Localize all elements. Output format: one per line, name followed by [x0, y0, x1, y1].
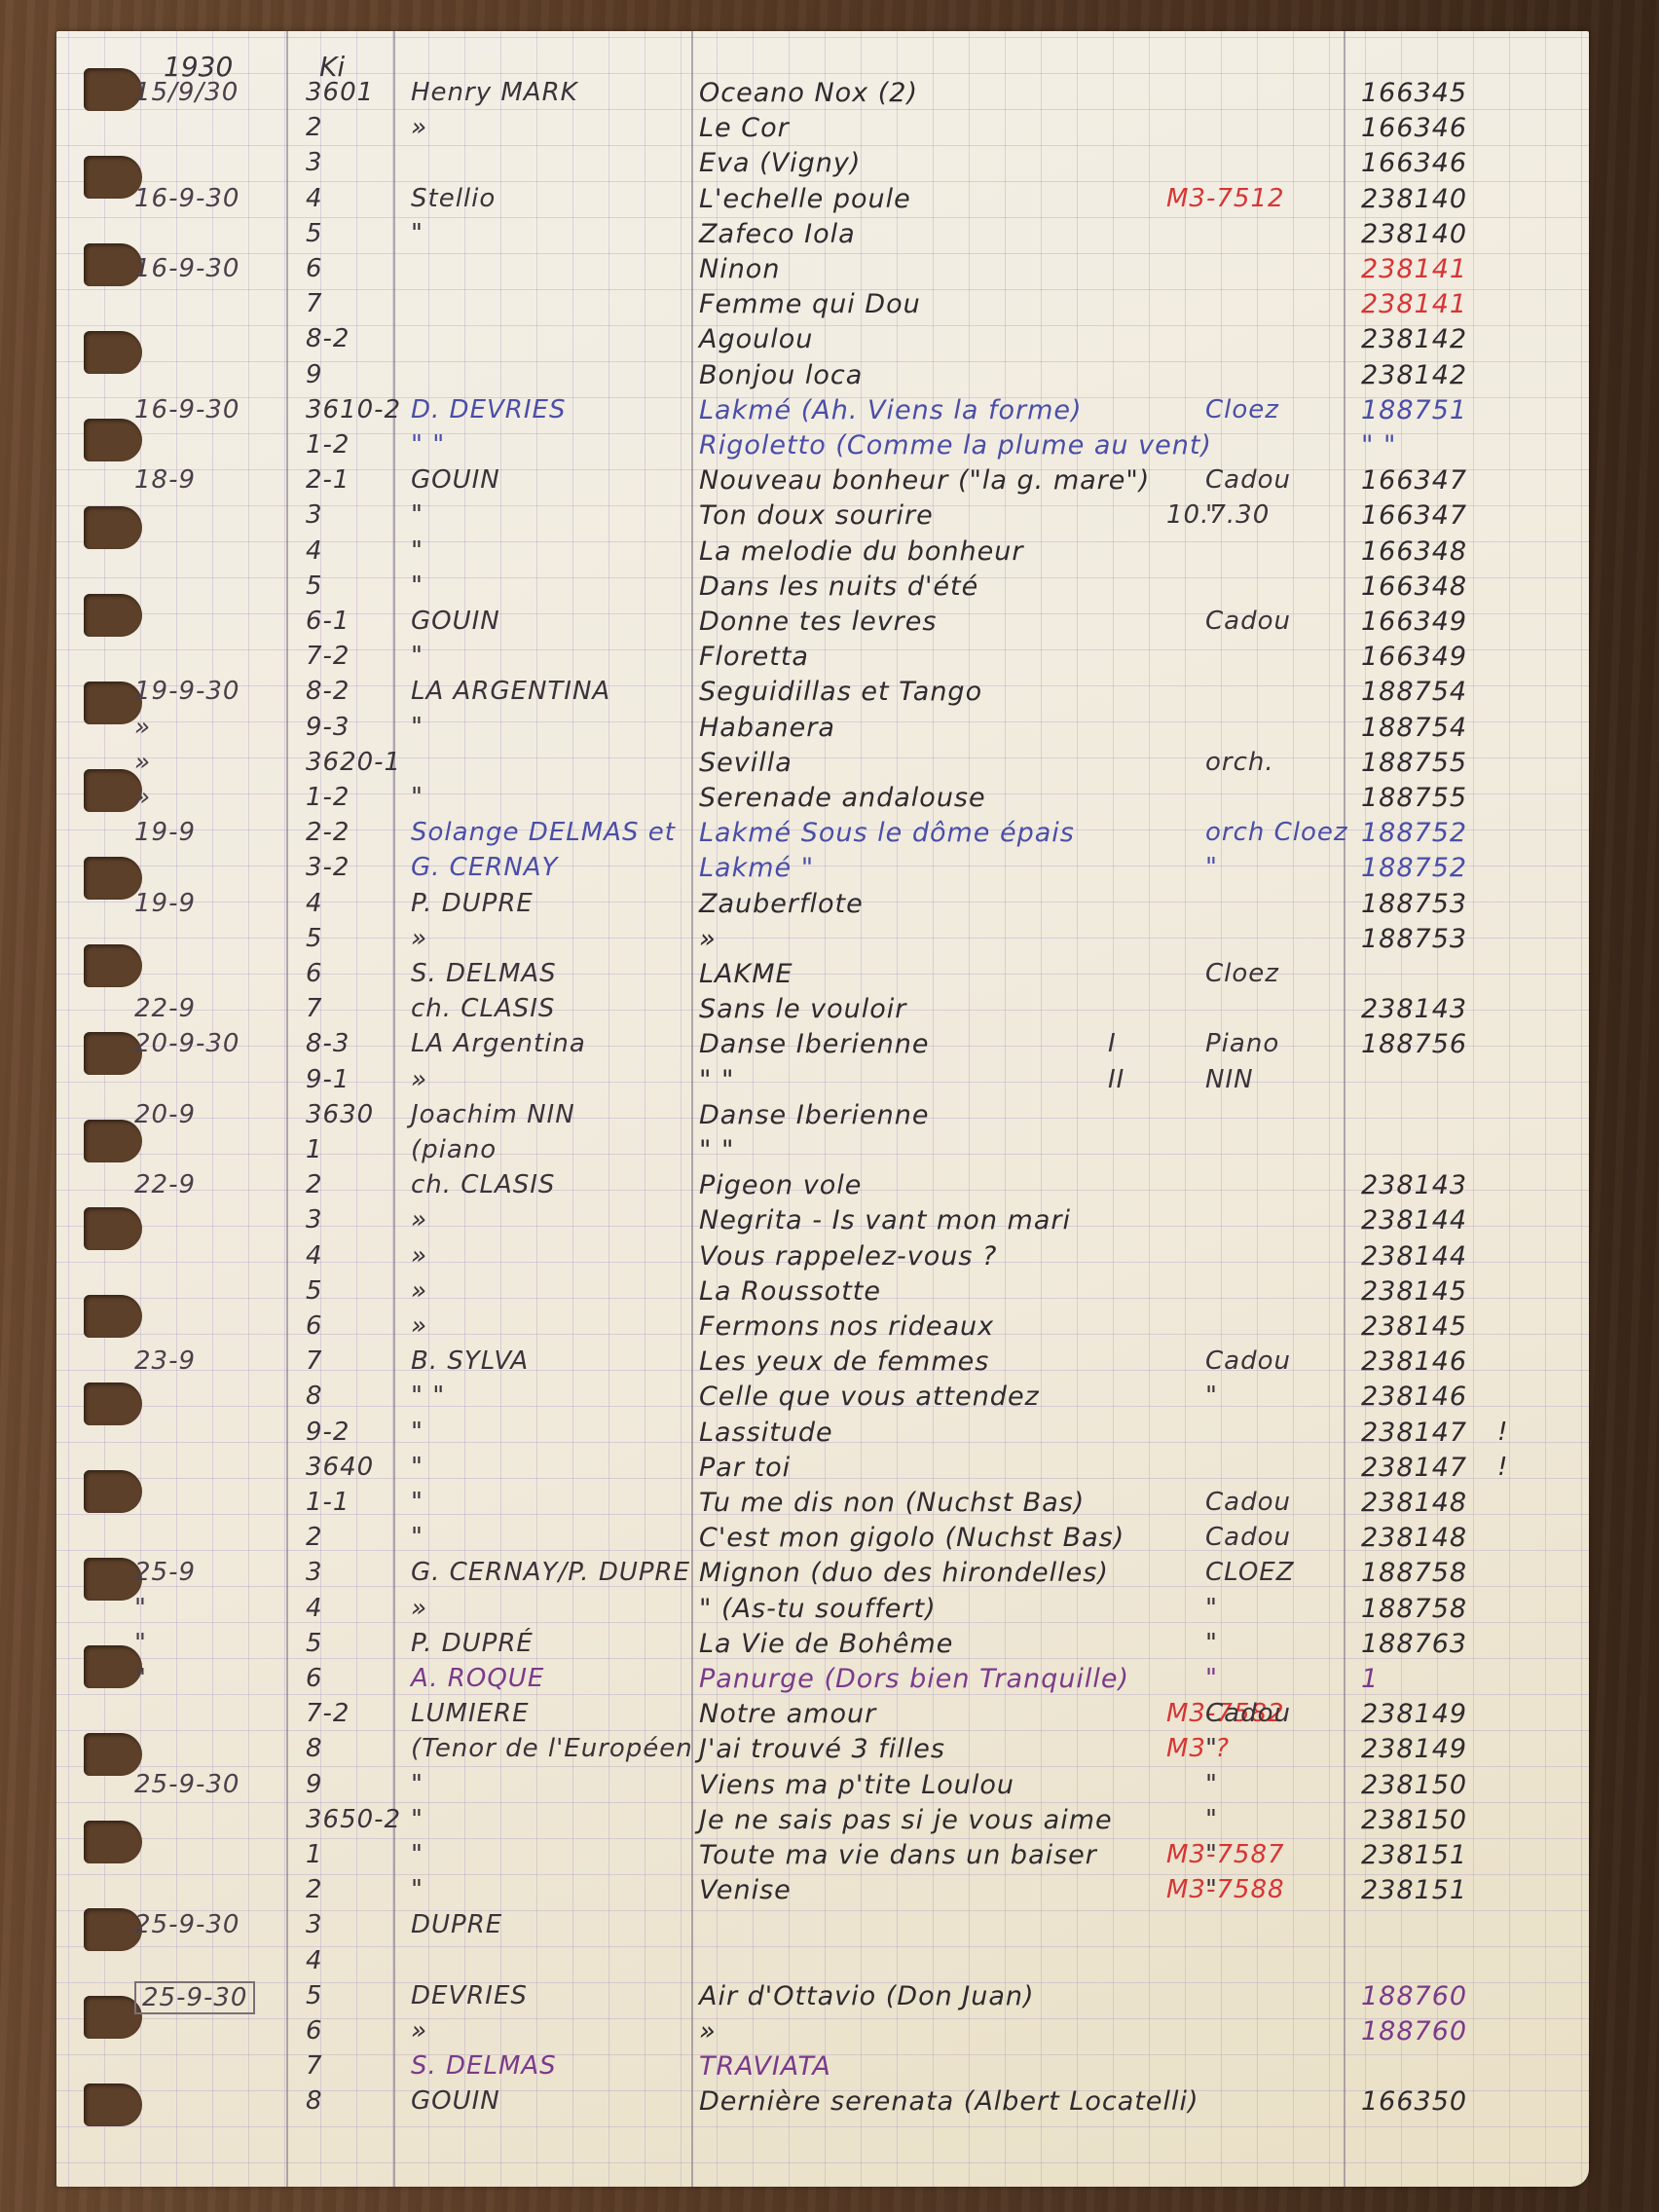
recording-date: ": [134, 1664, 147, 1693]
matrix-number: 9-2: [306, 1418, 350, 1447]
ledger-row: 8(Tenor de l'EuropéenJ'ai trouvé 3 fille…: [56, 1734, 1589, 1766]
ledger-row: 25-9-305DEVRIESAir d'Ottavio (Don Juan)1…: [56, 1981, 1589, 2013]
recording-date: »: [134, 783, 151, 812]
artist-name: " ": [411, 430, 445, 460]
song-title: Rigoletto (Comme la plume au vent): [699, 430, 1212, 461]
matrix-number: 7-2: [306, 1699, 350, 1728]
song-title: Par toi: [699, 1453, 791, 1483]
matrix-number: 4: [306, 1241, 323, 1271]
matrix-number: 1: [306, 1840, 323, 1869]
matrix-number: 3: [306, 148, 323, 177]
orchestra: orch.: [1205, 748, 1274, 777]
song-title: La Vie de Bohême: [699, 1629, 953, 1659]
matrix-number: 2: [306, 1523, 323, 1552]
artist-name: D. DEVRIES: [411, 395, 566, 424]
ledger-row: »9-3"Habanera188754: [56, 713, 1589, 745]
recording-date: ": [134, 1629, 147, 1658]
annotation: M3 ?: [1166, 1734, 1230, 1763]
ledger-row: 19-94P. DUPREZauberflote188753: [56, 889, 1589, 921]
orchestra: Cadou: [1205, 1488, 1291, 1517]
orchestra: ": [1205, 1382, 1218, 1411]
ledger-row: 1-1"Tu me dis non (Nuchst Bas)Cadou23814…: [56, 1488, 1589, 1520]
recording-date: 18-9: [134, 465, 196, 495]
catalog-number: 188755: [1361, 783, 1467, 813]
song-title: Agoulou: [699, 324, 813, 354]
matrix-number: 9-1: [306, 1065, 350, 1094]
artist-name: G. CERNAY/P. DUPRE: [411, 1558, 690, 1587]
recording-date: 23-9: [134, 1346, 196, 1376]
ledger-row: 16-9-304StellioL'echelle pouleM3-7512238…: [56, 184, 1589, 216]
matrix-number: 7: [306, 2051, 323, 2081]
catalog-number: 1: [1361, 1664, 1379, 1694]
catalog-number: 188758: [1361, 1594, 1467, 1624]
ledger-row: 20-93630Joachim NINDanse Iberienne: [56, 1100, 1589, 1132]
song-title: L'echelle poule: [699, 184, 911, 214]
ledger-row: 25-9-303DUPRE: [56, 1910, 1589, 1942]
ledger-row: "4»" (As-tu souffert)"188758: [56, 1594, 1589, 1626]
orchestra: NIN: [1205, 1065, 1254, 1094]
catalog-number: 188755: [1361, 748, 1467, 778]
catalog-number: 238144: [1361, 1205, 1467, 1235]
song-title: J'ai trouvé 3 filles: [699, 1734, 945, 1764]
catalog-number: 166345: [1361, 78, 1467, 108]
song-title: Toute ma vie dans un baiser: [699, 1840, 1097, 1870]
matrix-number: 4: [306, 184, 323, 213]
ledger-row: 2»Le Cor166346: [56, 113, 1589, 145]
catalog-number: 166346: [1361, 148, 1467, 178]
catalog-number: 166350: [1361, 2086, 1467, 2117]
ledger-row: 4: [56, 1946, 1589, 1978]
catalog-number: 238141: [1361, 254, 1467, 284]
song-title: Lakmé Sous le dôme épais: [699, 818, 1075, 848]
ledger-row: 1"Toute ma vie dans un baiserM3-7587"238…: [56, 1840, 1589, 1872]
orchestra: ": [1205, 853, 1218, 882]
ledger-row: 25-9-309"Viens ma p'tite Loulou"238150: [56, 1770, 1589, 1802]
song-title: Bonjou loca: [699, 360, 863, 390]
orchestra: orch Cloez: [1205, 818, 1348, 847]
catalog-number: 188753: [1361, 924, 1467, 954]
catalog-number: 238143: [1361, 994, 1467, 1024]
song-title: Floretta: [699, 642, 809, 672]
song-title: Air d'Ottavio (Don Juan): [699, 1981, 1035, 2011]
recording-date: 16-9-30: [134, 184, 240, 213]
ledger-row: 20-9-308-3LA ArgentinaDanse IberienneIPi…: [56, 1029, 1589, 1061]
catalog-number: 238147: [1361, 1453, 1467, 1483]
annotation: M3-7588: [1166, 1875, 1285, 1904]
ledger-row: 4"La melodie du bonheur166348: [56, 536, 1589, 569]
matrix-number: 7: [306, 289, 323, 318]
artist-name: ch. CLASIS: [411, 994, 555, 1023]
orchestra: CLOEZ: [1205, 1558, 1295, 1587]
song-title: Danse Iberienne: [699, 1100, 929, 1130]
recording-date: 25-9-30: [134, 1910, 240, 1939]
song-title: Mignon (duo des hirondelles): [699, 1558, 1109, 1588]
song-title: Ninon: [699, 254, 780, 284]
matrix-number: 2: [306, 1875, 323, 1904]
matrix-number: 6: [306, 2016, 323, 2046]
matrix-number: 1-2: [306, 430, 350, 460]
song-title: " ": [699, 1135, 734, 1165]
song-title: Lassitude: [699, 1418, 833, 1448]
matrix-number: 3: [306, 1205, 323, 1235]
artist-name: »: [411, 1065, 427, 1094]
matrix-number: 8: [306, 1734, 323, 1763]
artist-name: LA Argentina: [411, 1029, 586, 1058]
catalog-number: 238149: [1361, 1734, 1467, 1764]
song-title: Serenade andalouse: [699, 783, 986, 813]
artist-name: (Tenor de l'Européen: [411, 1734, 693, 1763]
orchestra: ": [1205, 1629, 1218, 1658]
matrix-number: 5: [306, 219, 323, 248]
catalog-number: 188760: [1361, 2016, 1467, 2046]
catalog-number: 166349: [1361, 607, 1467, 637]
matrix-number: 2-2: [306, 818, 350, 847]
ledger-row: 3-2G. CERNAYLakmé ""188752: [56, 853, 1589, 885]
song-title: Sans le vouloir: [699, 994, 906, 1024]
ledger-row: 5"Zafeco Iola238140: [56, 219, 1589, 251]
recording-date: 22-9: [134, 994, 196, 1023]
matrix-number: 3601: [306, 78, 374, 107]
matrix-number: 3620-1: [306, 748, 401, 777]
song-title: Dans les nuits d'été: [699, 571, 978, 602]
ledger-row: 6S. DELMASLAKMECloez: [56, 959, 1589, 991]
matrix-number: 7-2: [306, 642, 350, 671]
song-title: LAKME: [699, 959, 793, 989]
annotation: I: [1108, 1029, 1117, 1058]
catalog-number: 188754: [1361, 713, 1467, 743]
catalog-number: 238145: [1361, 1276, 1467, 1307]
annotation: 10.7.30: [1166, 500, 1270, 530]
catalog-number: 166348: [1361, 571, 1467, 602]
ledger-row: 1-2" "Rigoletto (Comme la plume au vent)…: [56, 430, 1589, 462]
artist-name: ": [411, 783, 424, 812]
artist-name: S. DELMAS: [411, 959, 557, 988]
ledger-row: 2"C'est mon gigolo (Nuchst Bas)Cadou2381…: [56, 1523, 1589, 1555]
song-title: La melodie du bonheur: [699, 536, 1023, 567]
orchestra: ": [1205, 500, 1218, 530]
matrix-number: 8: [306, 1382, 323, 1411]
matrix-number: 8: [306, 2086, 323, 2116]
orchestra: ": [1205, 1875, 1218, 1904]
catalog-number: 166347: [1361, 465, 1467, 496]
song-title: " (As-tu souffert): [699, 1594, 937, 1624]
ledger-row: 18-92-1GOUINNouveau bonheur ("la g. mare…: [56, 465, 1589, 498]
annotation: M3-7512: [1166, 184, 1285, 213]
matrix-number: 7: [306, 994, 323, 1023]
ledger-row: 19-9-308-2LA ARGENTINASeguidillas et Tan…: [56, 677, 1589, 709]
artist-name: »: [411, 1276, 427, 1306]
matrix-number: 8-2: [306, 324, 350, 353]
ledger-row: 1(piano" ": [56, 1135, 1589, 1167]
orchestra: ": [1205, 1594, 1218, 1623]
recording-date: 20-9: [134, 1100, 196, 1129]
song-title: Tu me dis non (Nuchst Bas): [699, 1488, 1085, 1518]
matrix-number: 3: [306, 1558, 323, 1587]
ledger-row: 23-97B. SYLVALes yeux de femmesCadou2381…: [56, 1346, 1589, 1379]
ledger-row: 22-97ch. CLASISSans le vouloir238143: [56, 994, 1589, 1026]
ledger-row: »3620-1Sevillaorch.188755: [56, 748, 1589, 780]
catalog-number: 238148: [1361, 1523, 1467, 1553]
song-title: TRAVIATA: [699, 2051, 831, 2082]
catalog-number: 166346: [1361, 113, 1467, 143]
song-title: »: [699, 924, 717, 954]
ledger-row: 7Femme qui Dou238141: [56, 289, 1589, 321]
artist-name: DEVRIES: [411, 1981, 528, 2010]
catalog-number: " ": [1361, 430, 1396, 461]
catalog-number: 238143: [1361, 1170, 1467, 1200]
ledger-row: 7-2LUMIERENotre amourM3-7582Cadou238149: [56, 1699, 1589, 1731]
recording-date: 25-9: [134, 1558, 196, 1587]
artist-name: ": [411, 500, 424, 530]
artist-name: ": [411, 1523, 424, 1552]
catalog-number: 238142: [1361, 360, 1467, 390]
ledger-row: 6»»188760: [56, 2016, 1589, 2048]
catalog-number: 188758: [1361, 1558, 1467, 1588]
ledger-row: 3640"Par toi238147!: [56, 1453, 1589, 1485]
matrix-number: 5: [306, 1629, 323, 1658]
song-title: Lakmé ": [699, 853, 814, 883]
song-title: Viens ma p'tite Loulou: [699, 1770, 1014, 1800]
artist-name: GOUIN: [411, 2086, 500, 2116]
song-title: Oceano Nox (2): [699, 78, 918, 108]
catalog-number: 166347: [1361, 500, 1467, 531]
ledger-row: 5"Dans les nuits d'été166348: [56, 571, 1589, 604]
artist-name: ": [411, 571, 424, 601]
ledger-row: 7S. DELMASTRAVIATA: [56, 2051, 1589, 2083]
song-title: Venise: [699, 1875, 792, 1905]
song-title: Ton doux sourire: [699, 500, 934, 531]
recording-date: 25-9-30: [134, 1770, 240, 1799]
artist-name: " ": [411, 1382, 445, 1411]
matrix-number: 3-2: [306, 853, 350, 882]
artist-name: Joachim NIN: [411, 1100, 575, 1129]
annotation: II: [1108, 1065, 1124, 1094]
matrix-number: 9-3: [306, 713, 350, 742]
song-title: Les yeux de femmes: [699, 1346, 989, 1377]
orchestra: Cadou: [1205, 1346, 1291, 1376]
catalog-number: 238146: [1361, 1346, 1467, 1377]
artist-name: GOUIN: [411, 607, 500, 636]
song-title: Vous rappelez-vous ?: [699, 1241, 997, 1272]
ledger-row: 3650-2"Je ne sais pas si je vous aime"23…: [56, 1805, 1589, 1837]
orchestra: ": [1205, 1805, 1218, 1834]
artist-name: ": [411, 1488, 424, 1517]
orchestra: Cadou: [1205, 607, 1291, 636]
matrix-number: 4: [306, 1594, 323, 1623]
catalog-number: 188754: [1361, 677, 1467, 707]
song-title: Donne tes levres: [699, 607, 937, 637]
song-title: Sevilla: [699, 748, 793, 778]
artist-name: S. DELMAS: [411, 2051, 557, 2081]
artist-name: ": [411, 713, 424, 742]
catalog-number: 238142: [1361, 324, 1467, 354]
artist-name: »: [411, 1205, 427, 1235]
matrix-number: 3610-2: [306, 395, 401, 424]
matrix-number: 6: [306, 1311, 323, 1341]
catalog-number: 188751: [1361, 395, 1467, 425]
matrix-number: 1-2: [306, 783, 350, 812]
song-title: Celle que vous attendez: [699, 1382, 1040, 1412]
artist-name: Stellio: [411, 184, 496, 213]
catalog-number: 188753: [1361, 889, 1467, 919]
ledger-row: 3"Ton doux sourire10.7.30"166347: [56, 500, 1589, 533]
artist-name: »: [411, 1241, 427, 1271]
artist-name: (piano: [411, 1135, 497, 1164]
song-title: Zafeco Iola: [699, 219, 856, 249]
song-title: Fermons nos rideaux: [699, 1311, 994, 1342]
catalog-number: 238150: [1361, 1805, 1467, 1835]
artist-name: »: [411, 924, 427, 953]
matrix-number: 4: [306, 536, 323, 566]
ledger-row: 19-92-2Solange DELMAS etLakmé Sous le dô…: [56, 818, 1589, 850]
orchestra: ": [1205, 1840, 1218, 1869]
ledger-row: 9-2"Lassitude238147!: [56, 1418, 1589, 1450]
ledger-row: 25-93G. CERNAY/P. DUPREMignon (duo des h…: [56, 1558, 1589, 1590]
matrix-number: 5: [306, 571, 323, 601]
catalog-number: 188752: [1361, 818, 1467, 848]
matrix-number: 3: [306, 500, 323, 530]
orchestra: Cadou: [1205, 465, 1291, 495]
catalog-number: 188756: [1361, 1029, 1467, 1059]
artist-name: »: [411, 2016, 427, 2046]
recording-date: 19-9: [134, 818, 196, 847]
matrix-number: 8-3: [306, 1029, 350, 1058]
artist-name: ": [411, 642, 424, 671]
orchestra: ": [1205, 1770, 1218, 1799]
catalog-number: 188760: [1361, 1981, 1467, 2011]
ledger-row: 9Bonjou loca238142: [56, 360, 1589, 392]
catalog-number: 238146: [1361, 1382, 1467, 1412]
artist-name: G. CERNAY: [411, 853, 558, 882]
artist-name: LUMIERE: [411, 1699, 530, 1728]
matrix-number: 9: [306, 360, 323, 389]
recording-date: 16-9-30: [134, 395, 240, 424]
catalog-number: 238148: [1361, 1488, 1467, 1518]
song-title: Negrita - Is vant mon mari: [699, 1205, 1071, 1235]
song-title: La Roussotte: [699, 1276, 881, 1307]
matrix-number: 9: [306, 1770, 323, 1799]
catalog-number: 188763: [1361, 1629, 1467, 1659]
matrix-number: 5: [306, 924, 323, 953]
matrix-number: 6: [306, 254, 323, 283]
artist-name: Henry MARK: [411, 78, 578, 107]
ledger-row: 3»Negrita - Is vant mon mari238144: [56, 1205, 1589, 1237]
artist-name: ": [411, 1805, 424, 1834]
artist-name: B. SYLVA: [411, 1346, 529, 1376]
matrix-number: 6: [306, 1664, 323, 1693]
song-title: Panurge (Dors bien Tranquille): [699, 1664, 1129, 1694]
artist-name: ": [411, 1453, 424, 1482]
artist-name: GOUIN: [411, 465, 500, 495]
ledger-row: 8GOUINDernière serenata (Albert Locatell…: [56, 2086, 1589, 2119]
ledger-row: 6»Fermons nos rideaux238145: [56, 1311, 1589, 1344]
artist-name: LA ARGENTINA: [411, 677, 610, 706]
matrix-number: 4: [306, 1946, 323, 1975]
matrix-number: 6: [306, 959, 323, 988]
catalog-number: 238147: [1361, 1418, 1467, 1448]
recording-date: 19-9: [134, 889, 196, 918]
song-title: Dernière serenata (Albert Locatelli): [699, 2086, 1199, 2117]
artist-name: P. DUPRE: [411, 889, 534, 918]
exclamation-mark: !: [1497, 1453, 1508, 1482]
song-title: Lakmé (Ah. Viens la forme): [699, 395, 1083, 425]
recording-date: 20-9-30: [134, 1029, 240, 1058]
song-title: C'est mon gigolo (Nuchst Bas): [699, 1523, 1124, 1553]
ledger-row: "6A. ROQUEPanurge (Dors bien Tranquille)…: [56, 1664, 1589, 1696]
ledger-row: 3Eva (Vigny)166346: [56, 148, 1589, 180]
artist-name: A. ROQUE: [411, 1664, 544, 1693]
song-title: Le Cor: [699, 113, 790, 143]
catalog-number: 238140: [1361, 219, 1467, 249]
matrix-number: 3: [306, 1910, 323, 1939]
ledger-row: 5»La Roussotte238145: [56, 1276, 1589, 1309]
catalog-number: 188752: [1361, 853, 1467, 883]
ledger-page: 1930 Ki 15/9/303601Henry MARKOceano Nox …: [56, 31, 1589, 2187]
matrix-number: 7: [306, 1346, 323, 1376]
recording-date: 16-9-30: [134, 254, 240, 283]
artist-name: Solange DELMAS et: [411, 818, 676, 847]
song-title: »: [699, 2016, 717, 2046]
artist-name: »: [411, 1311, 427, 1341]
orchestra: Cadou: [1205, 1523, 1291, 1552]
matrix-number: 1: [306, 1135, 323, 1164]
catalog-number: 238140: [1361, 184, 1467, 214]
song-title: Zauberflote: [699, 889, 864, 919]
artist-name: ": [411, 1770, 424, 1799]
ledger-row: 8-2Agoulou238142: [56, 324, 1589, 356]
orchestra: ": [1205, 1734, 1218, 1763]
catalog-number: 238144: [1361, 1241, 1467, 1272]
matrix-number: 6-1: [306, 607, 350, 636]
ledger-row: 15/9/303601Henry MARKOceano Nox (2)16634…: [56, 78, 1589, 110]
matrix-number: 2: [306, 113, 323, 142]
artist-name: ": [411, 1875, 424, 1904]
catalog-number: 238149: [1361, 1699, 1467, 1729]
matrix-number: 2-1: [306, 465, 350, 495]
ledger-row: 22-92ch. CLASISPigeon vole238143: [56, 1170, 1589, 1202]
artist-name: ch. CLASIS: [411, 1170, 555, 1199]
catalog-number: 238150: [1361, 1770, 1467, 1800]
artist-name: P. DUPRÉ: [411, 1629, 534, 1658]
recording-date: 22-9: [134, 1170, 196, 1199]
catalog-number: 238151: [1361, 1875, 1467, 1905]
artist-name: »: [411, 113, 427, 142]
ledger-row: 9-1»" "IININ: [56, 1065, 1589, 1097]
song-title: Danse Iberienne: [699, 1029, 929, 1059]
artist-name: ": [411, 1840, 424, 1869]
orchestra: Cloez: [1205, 395, 1279, 424]
catalog-number: 238145: [1361, 1311, 1467, 1342]
annotation: M3-7587: [1166, 1840, 1285, 1869]
recording-date: 19-9-30: [134, 677, 240, 706]
artist-name: »: [411, 1594, 427, 1623]
matrix-number: 3640: [306, 1453, 374, 1482]
matrix-number: 4: [306, 889, 323, 918]
artist-name: ": [411, 536, 424, 566]
matrix-number: 1-1: [306, 1488, 350, 1517]
matrix-number: 5: [306, 1981, 323, 2010]
artist-name: DUPRE: [411, 1910, 502, 1939]
ledger-row: "5P. DUPRÉLa Vie de Bohême"188763: [56, 1629, 1589, 1661]
catalog-number: 166349: [1361, 642, 1467, 672]
orchestra: Cloez: [1205, 959, 1279, 988]
ledger-row: 7-2"Floretta166349: [56, 642, 1589, 674]
recording-date: »: [134, 748, 151, 777]
artist-name: ": [411, 1418, 424, 1447]
orchestra: Cadou: [1205, 1699, 1291, 1728]
matrix-number: 3650-2: [306, 1805, 401, 1834]
catalog-number: 166348: [1361, 536, 1467, 567]
